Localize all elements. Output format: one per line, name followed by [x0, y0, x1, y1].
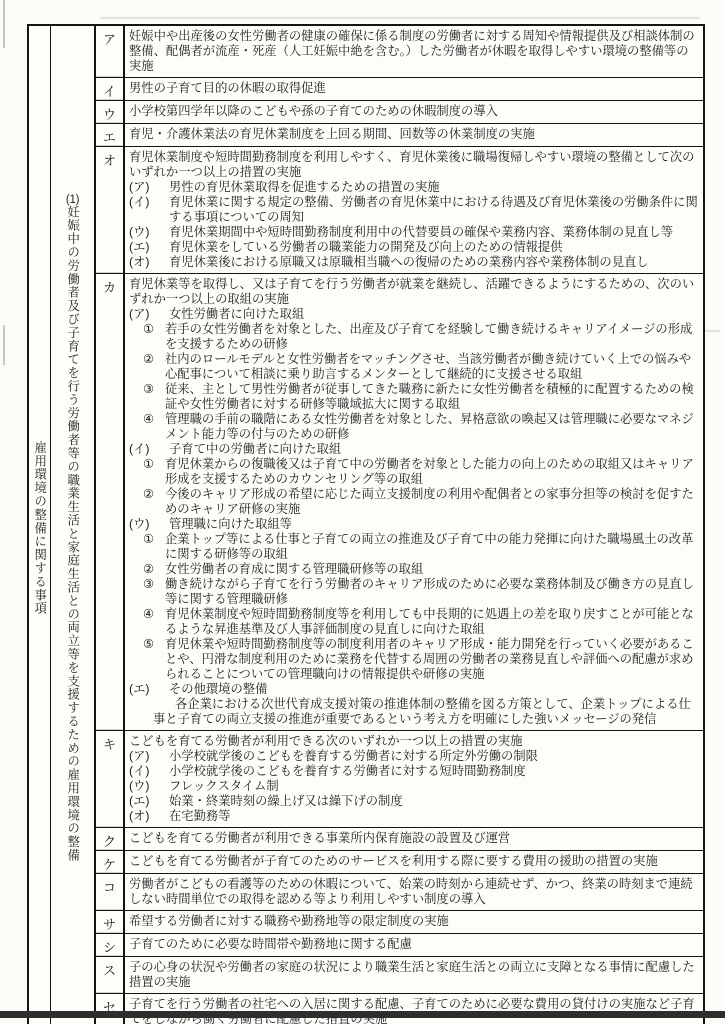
subsection-title: 妊娠中の労働者及び子育てを行う労働者等の職業生活と家庭生活との両立等を支援するた… — [66, 206, 80, 863]
item-text: こどもを育てる労働者が利用できる事業所内保育施設の設置及び運営 — [129, 831, 510, 845]
item-marker: (オ) — [129, 809, 169, 824]
item-text: 小学校就学後のこどもを養育する労働者に対する短時間勤務制度 — [169, 764, 699, 779]
content-line: こどもを育てる労働者が利用できる事業所内保育施設の設置及び運営 — [129, 831, 699, 846]
content-line: (オ)在宅勤務等 — [129, 809, 699, 824]
row-content: こどもを育てる労働者が利用できる次のいずれか一つ以上の措置の実施(ア)小学校就学… — [125, 731, 703, 827]
item-text: こどもを育てる労働者が利用できる次のいずれか一つ以上の措置の実施 — [129, 734, 523, 748]
content-line: ①育児休業からの復職後又は子育て中の労働者を対象とした能力の向上のための取組又は… — [143, 457, 699, 487]
page-bottom-scan-band — [0, 1011, 725, 1018]
row-content: こどもを育てる労働者が利用できる事業所内保育施設の設置及び運営 — [125, 828, 703, 850]
content-line: (ウ)フレックスタイム制 — [129, 779, 699, 794]
item-text: 子育て中の労働者に向けた取組 — [169, 442, 699, 457]
table-row: シ子育てのために必要な時間帯や勤務地に関する配慮 — [96, 934, 703, 957]
content-line: (ア)男性の育児休業取得を促進するための措置の実施 — [129, 180, 699, 195]
content-line: (エ)育児休業をしている労働者の職業能力の開発及び向上のための情報提供 — [129, 240, 699, 255]
content-line: (ア)女性労働者に向けた取組 — [129, 307, 699, 322]
row-label: エ — [96, 124, 125, 146]
table-row: エ育児・介護休業法の育児休業制度を上回る期間、回数等の休業制度の実施 — [96, 124, 703, 147]
section-header-vertical-text: 雇用環境の整備に関する事項 — [33, 441, 45, 615]
item-marker: (ウ) — [129, 779, 169, 794]
content-line: 各企業における次世代育成支援対策の推進体制の整備を図る方策として、企業トップによ… — [153, 697, 699, 727]
item-marker: (ウ) — [129, 225, 169, 240]
content-line: 妊娠中や出産後の女性労働者の健康の確保に係る制度の労働者に対する周知や情報提供及… — [129, 29, 699, 74]
item-text: 従来、主として男性労働者が従事してきた職務に新たに女性労働者を積極的に配置するた… — [165, 382, 699, 412]
item-text: 労働者がこどもの看護等のための休暇について、始業の時刻から連続せず、かつ、終業の… — [129, 877, 693, 906]
item-marker: ② — [143, 487, 165, 502]
table-row: クこどもを育てる労働者が利用できる事業所内保育施設の設置及び運営 — [96, 828, 703, 851]
content-line: 子の心身の状況や労働者の家庭の状況により職業生活と家庭生活との両立に支障となる事… — [129, 960, 699, 990]
table-row: ケこどもを育てる労働者が子育てのためのサービスを利用する際に要する費用の援助の措… — [96, 851, 703, 874]
item-text: 育児休業等を取得し、又は子育てを行う労働者が就業を継続し、活躍できるようにするた… — [129, 277, 694, 306]
row-label: ス — [96, 957, 125, 993]
content-line: ①企業トップ等による仕事と子育ての両立の推進及び子育て中の能力発揮に向けた職場風… — [143, 532, 699, 562]
row-content: 子の心身の状況や労働者の家庭の状況により職業生活と家庭生活との両立に支障となる事… — [125, 957, 703, 993]
row-label: ウ — [96, 101, 125, 123]
item-text: 育児休業後における原職又は原職相当職への復帰のための業務内容や業務体制の見直し — [169, 255, 699, 270]
item-marker: ④ — [143, 412, 165, 427]
item-text: 妊娠中や出産後の女性労働者の健康の確保に係る制度の労働者に対する周知や情報提供及… — [129, 29, 695, 73]
employment-environment-table: 雇用環境の整備に関する事項 (1)妊娠中の労働者及び子育てを行う労働者等の職業生… — [27, 24, 705, 1024]
row-label: ア — [96, 26, 125, 77]
item-marker: (オ) — [129, 255, 169, 270]
item-marker: ③ — [143, 577, 165, 592]
item-text: 今後のキャリア形成の希望に応じた両立支援制度の利用や配偶者との家事分担等の検討を… — [165, 487, 699, 517]
content-line: ④育児休業制度や短時間勤務制度等を利用しても中長期的に処遇上の差を取り戻すことが… — [143, 607, 699, 637]
item-marker: (エ) — [129, 794, 169, 809]
content-line: 子育てのために必要な時間帯や勤務地に関する配慮 — [129, 937, 699, 952]
item-text: 育児休業制度や短時間勤務制度等を利用しても中長期的に処遇上の差を取り戻すことが可… — [165, 607, 699, 637]
content-line: ②社内のロールモデルと女性労働者をマッチングさせ、当該労働者が働き続けていく上で… — [143, 352, 699, 382]
table-row: ア妊娠中や出産後の女性労働者の健康の確保に係る制度の労働者に対する周知や情報提供… — [96, 26, 703, 78]
item-marker: (イ) — [129, 764, 169, 779]
row-label: カ — [96, 274, 125, 730]
table-rows: ア妊娠中や出産後の女性労働者の健康の確保に係る制度の労働者に対する周知や情報提供… — [96, 26, 703, 1024]
item-text: 男性の子育て目的の休暇の取得促進 — [129, 81, 326, 95]
item-text: 子育てのために必要な時間帯や勤務地に関する配慮 — [129, 937, 412, 951]
item-text: フレックスタイム制 — [169, 779, 699, 794]
scan-streak-1 — [100, 17, 700, 19]
content-line: 男性の子育て目的の休暇の取得促進 — [129, 81, 699, 96]
row-label: サ — [96, 911, 125, 933]
content-line: (エ)始業・終業時刻の繰上げ又は繰下げの制度 — [129, 794, 699, 809]
item-marker: (イ) — [129, 195, 169, 210]
item-marker: (イ) — [129, 442, 169, 457]
table-row: カ育児休業等を取得し、又は子育てを行う労働者が就業を継続し、活躍できるようにする… — [96, 274, 703, 731]
content-line: (オ)育児休業後における原職又は原職相当職への復帰のための業務内容や業務体制の見… — [129, 255, 699, 270]
item-text: こどもを育てる労働者が子育てのためのサービスを利用する際に要する費用の援助の措置… — [129, 854, 658, 868]
content-line: (ア)小学校就学後のこどもを養育する労働者に対する所定外労働の制限 — [129, 749, 699, 764]
row-label: ク — [96, 828, 125, 850]
item-text: その他環境の整備 — [169, 682, 699, 697]
content-line: こどもを育てる労働者が子育てのためのサービスを利用する際に要する費用の援助の措置… — [129, 854, 699, 869]
item-text: 男性の育児休業取得を促進するための措置の実施 — [169, 180, 699, 195]
item-text: 育児休業をしている労働者の職業能力の開発及び向上のための情報提供 — [169, 240, 699, 255]
subsection-number: (1) — [66, 193, 80, 205]
item-marker: ④ — [143, 607, 165, 622]
item-text: 在宅勤務等 — [169, 809, 699, 824]
item-text: 育児休業からの復職後又は子育て中の労働者を対象とした能力の向上のための取組又はキ… — [165, 457, 699, 487]
item-text: 社内のロールモデルと女性労働者をマッチングさせ、当該労働者が働き続けていく上での… — [165, 352, 699, 382]
subsection-header-cell: (1)妊娠中の労働者及び子育てを行う労働者等の職業生活と家庭生活との両立等を支援… — [51, 26, 96, 1024]
row-content: 子育てのために必要な時間帯や勤務地に関する配慮 — [125, 934, 703, 956]
row-content: 育児休業制度や短時間勤務制度を利用しやすく、育児休業後に職場復帰しやすい環境の整… — [125, 147, 703, 273]
content-line: (ウ)育児休業期間中や短時間勤務制度利用中の代替要員の確保や業務内容、業務体制の… — [129, 225, 699, 240]
content-line: ②女性労働者の育成に関する管理職研修等の取組 — [143, 562, 699, 577]
item-text: 管理職の手前の職階にある女性労働者を対象とした、昇格意欲の喚起又は管理職に必要な… — [165, 412, 699, 442]
item-text: 女性労働者の育成に関する管理職研修等の取組 — [165, 562, 699, 577]
item-marker: ② — [143, 562, 165, 577]
row-content: こどもを育てる労働者が子育てのためのサービスを利用する際に要する費用の援助の措置… — [125, 851, 703, 873]
row-content: 妊娠中や出産後の女性労働者の健康の確保に係る制度の労働者に対する周知や情報提供及… — [125, 26, 703, 77]
table-row: サ希望する労働者に対する職務や勤務地等の限定制度の実施 — [96, 911, 703, 934]
row-label: オ — [96, 147, 125, 273]
item-text: 子の心身の状況や労働者の家庭の状況により職業生活と家庭生活との両立に支障となる事… — [129, 960, 695, 989]
item-text: 小学校第四学年以降のこどもや孫の子育てのための休暇制度の導入 — [129, 104, 498, 118]
row-content: 小学校第四学年以降のこどもや孫の子育てのための休暇制度の導入 — [125, 101, 703, 123]
row-label: イ — [96, 78, 125, 100]
row-content: 希望する労働者に対する職務や勤務地等の限定制度の実施 — [125, 911, 703, 933]
content-line: ①若手の女性労働者を対象とした、出産及び子育てを経験して働き続けるキャリアイメー… — [143, 322, 699, 352]
item-text: 働き続けながら子育てを行う労働者のキャリア形成のために必要な業務体制及び働き方の… — [165, 577, 699, 607]
item-text: 育児休業に関する規定の整備、労働者の育児休業中における待遇及び育児休業後の労働条… — [169, 195, 699, 225]
content-line: こどもを育てる労働者が利用できる次のいずれか一つ以上の措置の実施 — [129, 734, 699, 749]
item-text: 若手の女性労働者を対象とした、出産及び子育てを経験して働き続けるキャリアイメージ… — [165, 322, 699, 352]
row-content: 労働者がこどもの看護等のための休暇について、始業の時刻から連続せず、かつ、終業の… — [125, 874, 703, 910]
content-line: 育児休業等を取得し、又は子育てを行う労働者が就業を継続し、活躍できるようにするた… — [129, 277, 699, 307]
item-marker: (エ) — [129, 682, 169, 697]
scan-edge-mark-mid — [3, 325, 5, 365]
content-line: ④管理職の手前の職階にある女性労働者を対象とした、昇格意欲の喚起又は管理職に必要… — [143, 412, 699, 442]
item-marker: ① — [143, 532, 165, 547]
item-marker: ② — [143, 352, 165, 367]
subsection-header-vertical-text: (1)妊娠中の労働者及び子育てを行う労働者等の職業生活と家庭生活との両立等を支援… — [66, 193, 78, 862]
item-marker: ① — [143, 457, 165, 472]
row-label: シ — [96, 934, 125, 956]
item-text: 育児休業や短時間勤務制度等の制度利用者のキャリア形成・能力開発を行っていく必要が… — [165, 637, 699, 682]
table-row: コ労働者がこどもの看護等のための休暇について、始業の時刻から連続せず、かつ、終業… — [96, 874, 703, 911]
item-marker: (ウ) — [129, 517, 169, 532]
item-marker: (ア) — [129, 180, 169, 195]
item-marker: (ア) — [129, 749, 169, 764]
content-line: 育児・介護休業法の育児休業制度を上回る期間、回数等の休業制度の実施 — [129, 127, 699, 142]
table-row: ウ小学校第四学年以降のこどもや孫の子育てのための休暇制度の導入 — [96, 101, 703, 124]
section-header-cell: 雇用環境の整備に関する事項 — [29, 26, 51, 1024]
item-text: 管理職に向けた取組等 — [169, 517, 699, 532]
content-line: ②今後のキャリア形成の希望に応じた両立支援制度の利用や配偶者との家事分担等の検討… — [143, 487, 699, 517]
item-text: 育児休業制度や短時間勤務制度を利用しやすく、育児休業後に職場復帰しやすい環境の整… — [129, 150, 694, 179]
item-text: 小学校就学後のこどもを養育する労働者に対する所定外労働の制限 — [169, 749, 699, 764]
content-line: 希望する労働者に対する職務や勤務地等の限定制度の実施 — [129, 914, 699, 929]
scan-edge-mark-top — [3, 0, 5, 48]
table-row: イ男性の子育て目的の休暇の取得促進 — [96, 78, 703, 101]
item-text: 企業トップ等による仕事と子育ての両立の推進及び子育て中の能力発揮に向けた職場風土… — [165, 532, 699, 562]
item-marker: ① — [143, 322, 165, 337]
content-line: (イ)子育て中の労働者に向けた取組 — [129, 442, 699, 457]
table-row: オ育児休業制度や短時間勤務制度を利用しやすく、育児休業後に職場復帰しやすい環境の… — [96, 147, 703, 274]
item-text: 各企業における次世代育成支援対策の推進体制の整備を図る方策として、企業トップによ… — [153, 697, 691, 726]
item-text: 女性労働者に向けた取組 — [169, 307, 699, 322]
content-line: (ウ)管理職に向けた取組等 — [129, 517, 699, 532]
content-line: ⑤育児休業や短時間勤務制度等の制度利用者のキャリア形成・能力開発を行っていく必要… — [143, 637, 699, 682]
table-row: ス子の心身の状況や労働者の家庭の状況により職業生活と家庭生活との両立に支障となる… — [96, 957, 703, 994]
item-text: 始業・終業時刻の繰上げ又は繰下げの制度 — [169, 794, 699, 809]
row-label: キ — [96, 731, 125, 827]
content-line: 育児休業制度や短時間勤務制度を利用しやすく、育児休業後に職場復帰しやすい環境の整… — [129, 150, 699, 180]
row-content: 子育てを行う労働者の社宅への入居に関する配慮、子育てのために必要な費用の貸付けの… — [125, 994, 703, 1024]
content-line: (イ)小学校就学後のこどもを養育する労働者に対する短時間勤務制度 — [129, 764, 699, 779]
item-text: 希望する労働者に対する職務や勤務地等の限定制度の実施 — [129, 914, 449, 928]
row-content: 育児休業等を取得し、又は子育てを行う労働者が就業を継続し、活躍できるようにするた… — [125, 274, 703, 730]
table-row: キこどもを育てる労働者が利用できる次のいずれか一つ以上の措置の実施(ア)小学校就… — [96, 731, 703, 828]
row-label: コ — [96, 874, 125, 910]
content-line: ③働き続けながら子育てを行う労働者のキャリア形成のために必要な業務体制及び働き方… — [143, 577, 699, 607]
row-content: 育児・介護休業法の育児休業制度を上回る期間、回数等の休業制度の実施 — [125, 124, 703, 146]
content-line: ③従来、主として男性労働者が従事してきた職務に新たに女性労働者を積極的に配置する… — [143, 382, 699, 412]
item-text: 育児休業期間中や短時間勤務制度利用中の代替要員の確保や業務内容、業務体制の見直し… — [169, 225, 699, 240]
item-marker: ③ — [143, 382, 165, 397]
row-content: 男性の子育て目的の休暇の取得促進 — [125, 78, 703, 100]
item-marker: ⑤ — [143, 637, 165, 652]
row-label: セ — [96, 994, 125, 1024]
item-marker: (エ) — [129, 240, 169, 255]
item-text: 育児・介護休業法の育児休業制度を上回る期間、回数等の休業制度の実施 — [129, 127, 535, 141]
content-line: (エ)その他環境の整備 — [129, 682, 699, 697]
content-line: 労働者がこどもの看護等のための休暇について、始業の時刻から連続せず、かつ、終業の… — [129, 877, 699, 907]
item-marker: (ア) — [129, 307, 169, 322]
content-line: (イ)育児休業に関する規定の整備、労働者の育児休業中における待遇及び育児休業後の… — [129, 195, 699, 225]
table-row: セ子育てを行う労働者の社宅への入居に関する配慮、子育てのために必要な費用の貸付け… — [96, 994, 703, 1024]
content-line: 小学校第四学年以降のこどもや孫の子育てのための休暇制度の導入 — [129, 104, 699, 119]
row-label: ケ — [96, 851, 125, 873]
